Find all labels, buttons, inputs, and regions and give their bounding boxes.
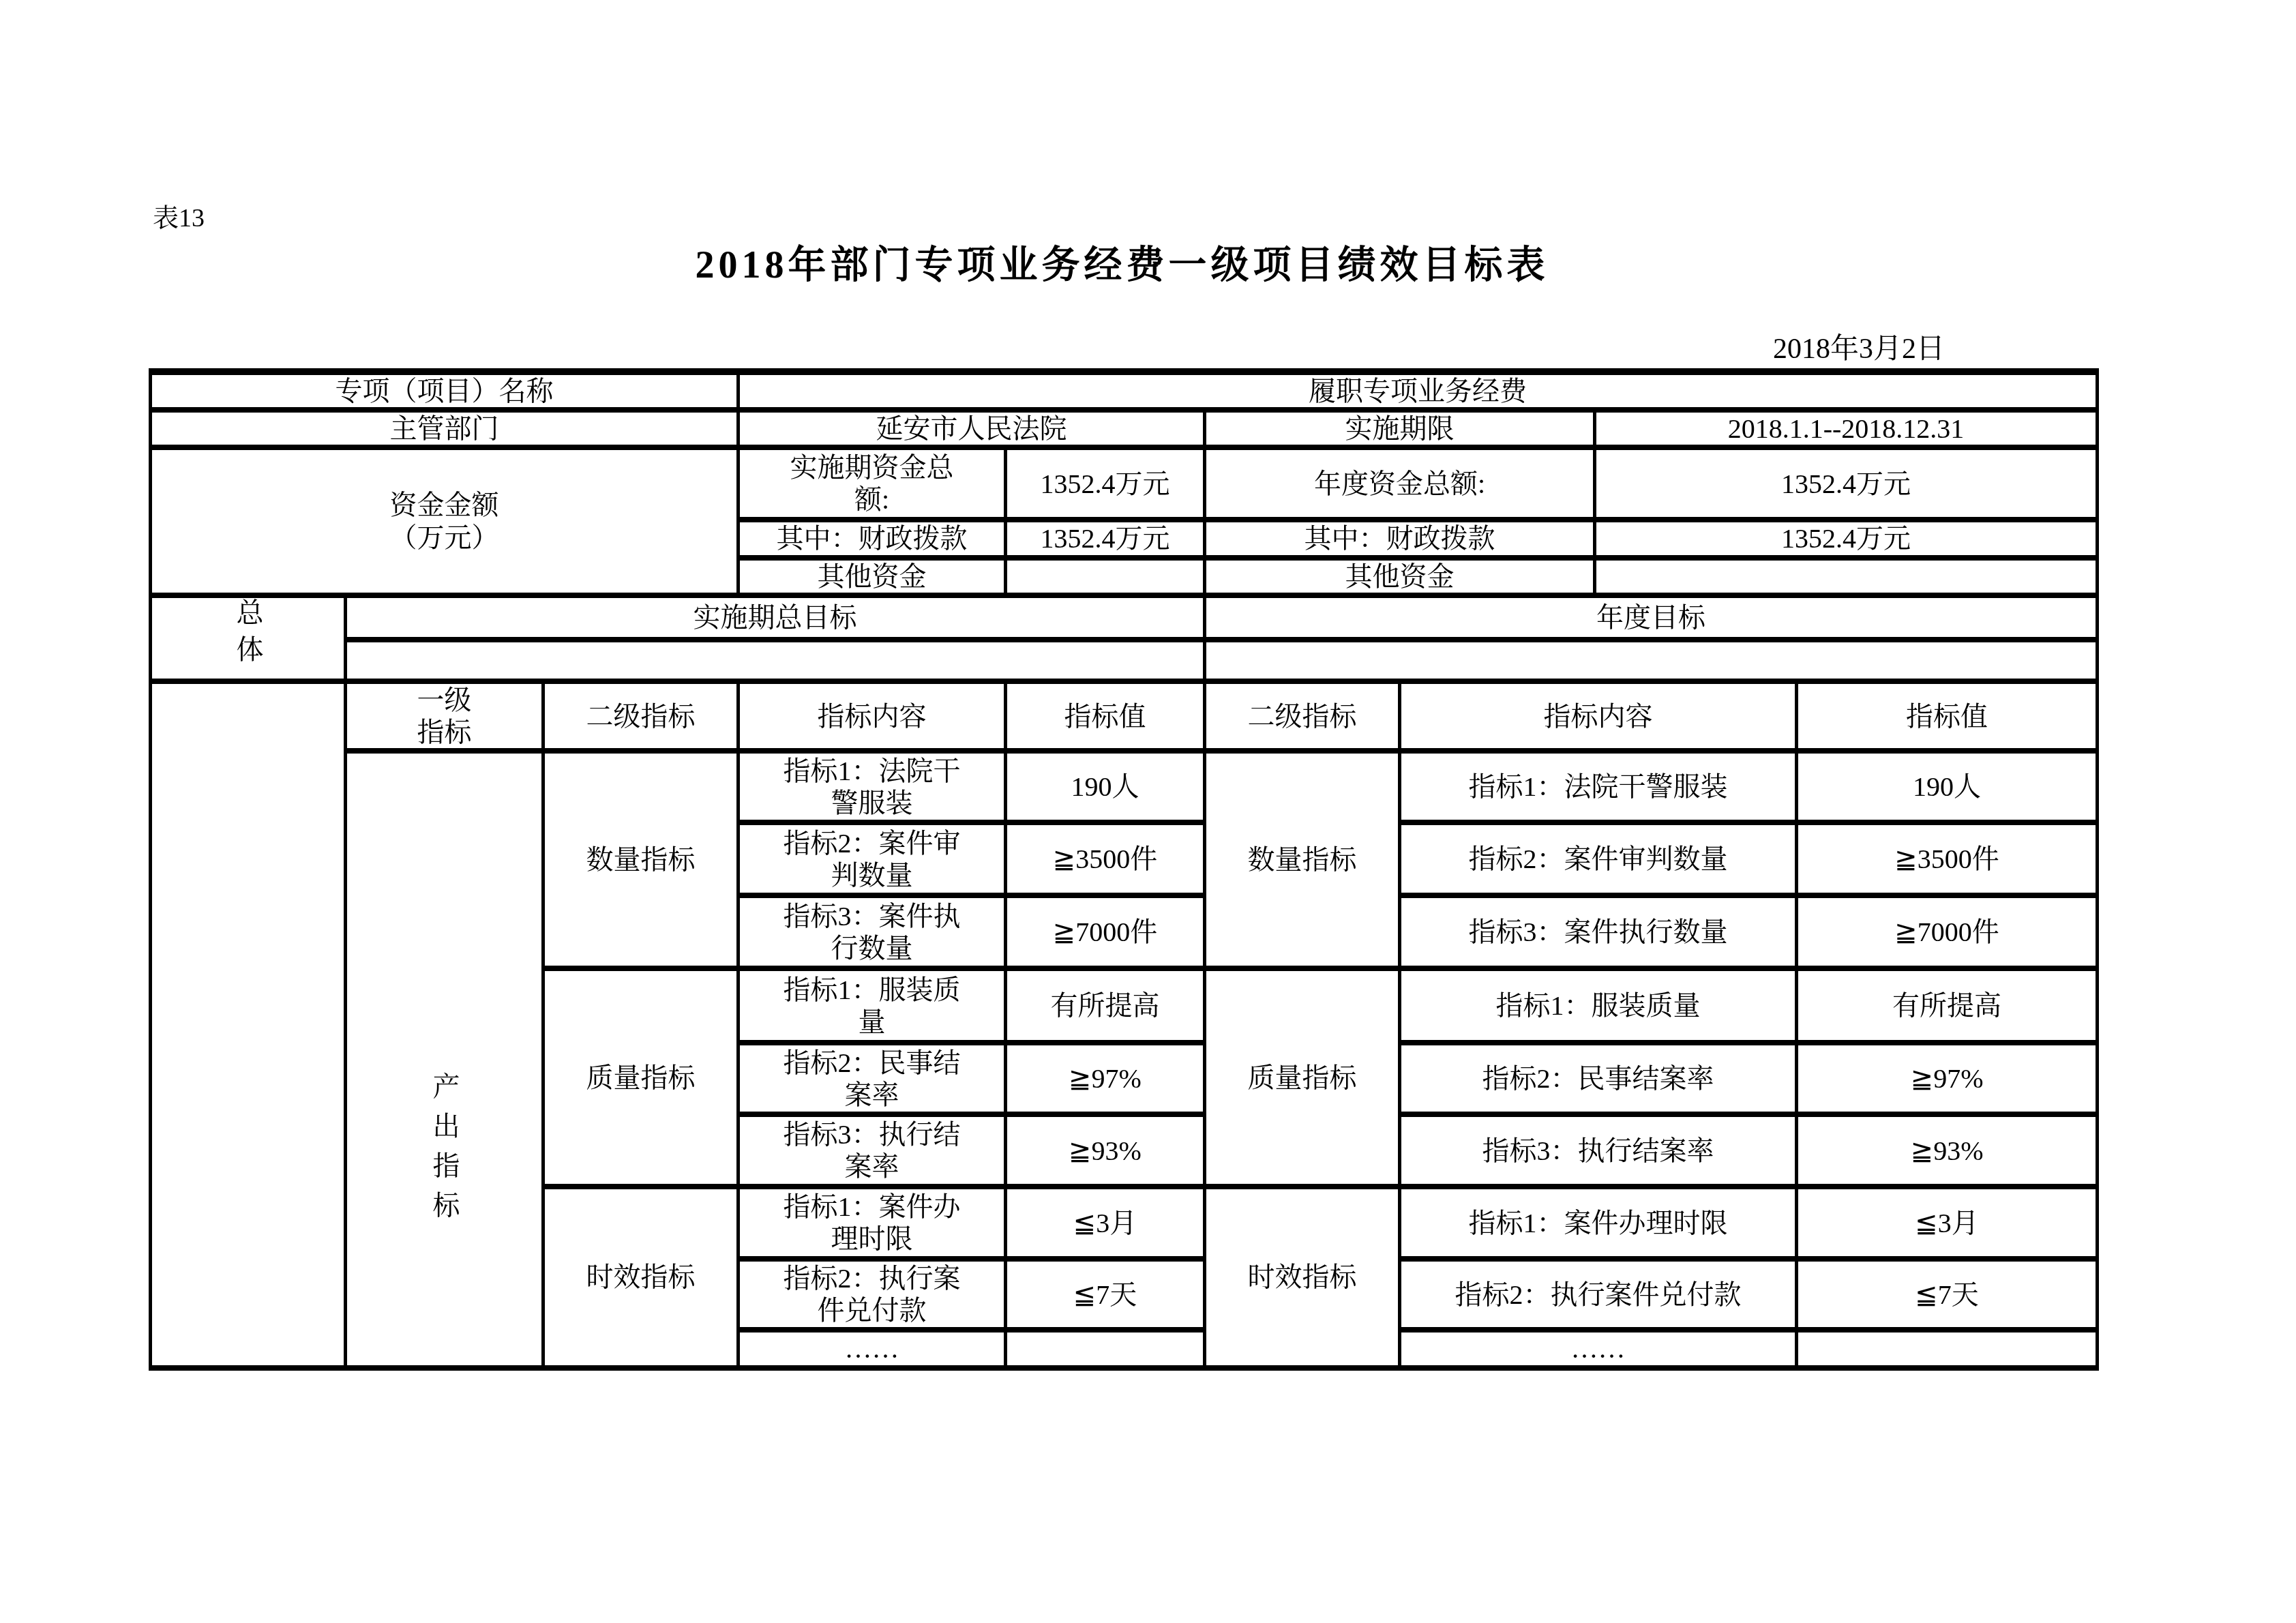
cell-indicator-value-left: ≧3500件 bbox=[1006, 822, 1205, 895]
report-date: 2018年3月2日 bbox=[149, 326, 1945, 367]
cell-period-label: 实施期限 bbox=[1205, 410, 1595, 447]
cell-period-value: 2018.1.1--2018.12.31 bbox=[1595, 410, 2098, 447]
sheet-label: 表13 bbox=[153, 196, 205, 234]
cell-indicator-value-right: ≦3月 bbox=[1797, 1187, 2098, 1259]
cell-value-header-left: 指标值 bbox=[1006, 681, 1205, 751]
cell-indicator-value-right: ≧93% bbox=[1797, 1114, 2098, 1187]
cell-indicator-value-left: 190人 bbox=[1006, 751, 1205, 822]
cell-indicator-content-right: 指标2：执行案件兑付款 bbox=[1400, 1259, 1797, 1330]
cell-indicator-content-left: 指标2：执行案 件兑付款 bbox=[739, 1259, 1006, 1330]
cell-indicator-value-right: ≦7天 bbox=[1797, 1259, 2098, 1330]
cell-left-spacer-column bbox=[151, 681, 346, 1368]
cell-level2-header-left: 二级指标 bbox=[543, 681, 739, 751]
cell-content-header-left: 指标内容 bbox=[739, 681, 1006, 751]
cell-indicator-content-right: 指标1：案件办理时限 bbox=[1400, 1187, 1797, 1259]
cell-impl-total-label: 实施期资金总 额: bbox=[739, 447, 1006, 520]
cell-overall-label: 总体 bbox=[151, 595, 346, 681]
row-overall-goals bbox=[151, 640, 2098, 681]
cell-indicator-content-right: 指标3：执行结案率 bbox=[1400, 1114, 1797, 1187]
cell-indicator-content-left: 指标1：案件办 理时限 bbox=[739, 1187, 1006, 1259]
cell-value-header-right: 指标值 bbox=[1797, 681, 2098, 751]
cell-project-name-value: 履职专项业务经费 bbox=[739, 372, 2098, 410]
cell-ellipsis-value-left bbox=[1006, 1330, 1205, 1367]
cell-indicator-content-left: 指标3：案件执 行数量 bbox=[739, 895, 1006, 968]
cell-level2-header-right: 二级指标 bbox=[1205, 681, 1400, 751]
cell-indicator-value-right: ≧3500件 bbox=[1797, 822, 2098, 895]
cell-annual-other-label: 其他资金 bbox=[1205, 558, 1595, 595]
cell-indicator-value-left: ≧93% bbox=[1006, 1114, 1205, 1187]
cell-indicator-value-right: 190人 bbox=[1797, 751, 2098, 822]
cell-group-quantity-left: 数量指标 bbox=[543, 751, 739, 968]
cell-indicator-value-right: 有所提高 bbox=[1797, 968, 2098, 1043]
page-title: 2018年部门专项业务经费一级项目绩效目标表 bbox=[149, 235, 2096, 289]
row-funds-total: 资金金额 （万元） 实施期资金总 额: 1352.4万元 年度资金总额: 135… bbox=[151, 447, 2098, 520]
cell-indicator-value-right: ≧7000件 bbox=[1797, 895, 2098, 968]
cell-indicator-value-left: ≦3月 bbox=[1006, 1187, 1205, 1259]
cell-funds-label: 资金金额 （万元） bbox=[151, 447, 739, 595]
cell-impl-goal-value bbox=[346, 640, 1205, 681]
level1-output-text: 产出指标 bbox=[428, 1072, 460, 1230]
row-quantity-1: 产出指标 数量指标 指标1：法院干 警服装 190人 数量指标 指标1：法院干警… bbox=[151, 751, 2098, 822]
cell-annual-total-label: 年度资金总额: bbox=[1205, 447, 1595, 520]
cell-impl-other-label: 其他资金 bbox=[739, 558, 1006, 595]
cell-level1-output-indicator: 产出指标 bbox=[346, 751, 543, 1367]
cell-group-timeliness-left: 时效指标 bbox=[543, 1187, 739, 1367]
cell-level1-header: 一级 指标 bbox=[346, 681, 543, 751]
cell-department-label: 主管部门 bbox=[151, 410, 739, 447]
cell-annual-other-value bbox=[1595, 558, 2098, 595]
row-overall-headers: 总体 实施期总目标 年度目标 bbox=[151, 595, 2098, 640]
row-indicator-headers: 一级 指标 二级指标 指标内容 指标值 二级指标 指标内容 指标值 bbox=[151, 681, 2098, 751]
cell-indicator-value-left: ≧7000件 bbox=[1006, 895, 1205, 968]
overall-label-text: 总体 bbox=[232, 598, 264, 672]
cell-annual-finance-value: 1352.4万元 bbox=[1595, 520, 2098, 557]
cell-group-quality-right: 质量指标 bbox=[1205, 968, 1400, 1187]
cell-group-quantity-right: 数量指标 bbox=[1205, 751, 1400, 968]
document-page: 表13 2018年部门专项业务经费一级项目绩效目标表 2018年3月2日 专项（… bbox=[0, 0, 2296, 1623]
cell-ellipsis-value-right bbox=[1797, 1330, 2098, 1367]
row-project-name: 专项（项目）名称 履职专项业务经费 bbox=[151, 372, 2098, 410]
cell-impl-goal-header: 实施期总目标 bbox=[346, 595, 1205, 640]
cell-indicator-content-left: 指标1：服装质 量 bbox=[739, 968, 1006, 1043]
cell-content-header-right: 指标内容 bbox=[1400, 681, 1797, 751]
row-department-period: 主管部门 延安市人民法院 实施期限 2018.1.1--2018.12.31 bbox=[151, 410, 2098, 447]
cell-group-quality-left: 质量指标 bbox=[543, 968, 739, 1187]
cell-indicator-content-right: 指标1：法院干警服装 bbox=[1400, 751, 1797, 822]
cell-ellipsis-right: …… bbox=[1400, 1330, 1797, 1367]
cell-indicator-content-left: 指标1：法院干 警服装 bbox=[739, 751, 1006, 822]
cell-indicator-content-right: 指标2：案件审判数量 bbox=[1400, 822, 1797, 895]
cell-impl-finance-label: 其中：财政拨款 bbox=[739, 520, 1006, 557]
cell-indicator-content-right: 指标3：案件执行数量 bbox=[1400, 895, 1797, 968]
cell-indicator-content-right: 指标2：民事结案率 bbox=[1400, 1043, 1797, 1114]
cell-annual-total-value: 1352.4万元 bbox=[1595, 447, 2098, 520]
cell-indicator-value-left: ≦7天 bbox=[1006, 1259, 1205, 1330]
cell-indicator-content-right: 指标1：服装质量 bbox=[1400, 968, 1797, 1043]
cell-impl-finance-value: 1352.4万元 bbox=[1006, 520, 1205, 557]
cell-annual-goal-value bbox=[1205, 640, 2098, 681]
cell-impl-total-value: 1352.4万元 bbox=[1006, 447, 1205, 520]
cell-indicator-content-left: 指标2：民事结 案率 bbox=[739, 1043, 1006, 1114]
cell-department-value: 延安市人民法院 bbox=[739, 410, 1205, 447]
cell-indicator-content-left: 指标3：执行结 案率 bbox=[739, 1114, 1006, 1187]
cell-group-timeliness-right: 时效指标 bbox=[1205, 1187, 1400, 1367]
cell-impl-other-value bbox=[1006, 558, 1205, 595]
cell-ellipsis-left: …… bbox=[739, 1330, 1006, 1367]
cell-indicator-content-left: 指标2：案件审 判数量 bbox=[739, 822, 1006, 895]
performance-target-table: 专项（项目）名称 履职专项业务经费 主管部门 延安市人民法院 实施期限 2018… bbox=[149, 368, 2099, 1371]
cell-indicator-value-left: 有所提高 bbox=[1006, 968, 1205, 1043]
cell-annual-finance-label: 其中：财政拨款 bbox=[1205, 520, 1595, 557]
cell-indicator-value-left: ≧97% bbox=[1006, 1043, 1205, 1114]
cell-annual-goal-header: 年度目标 bbox=[1205, 595, 2098, 640]
cell-indicator-value-right: ≧97% bbox=[1797, 1043, 2098, 1114]
cell-project-name-label: 专项（项目）名称 bbox=[151, 372, 739, 410]
